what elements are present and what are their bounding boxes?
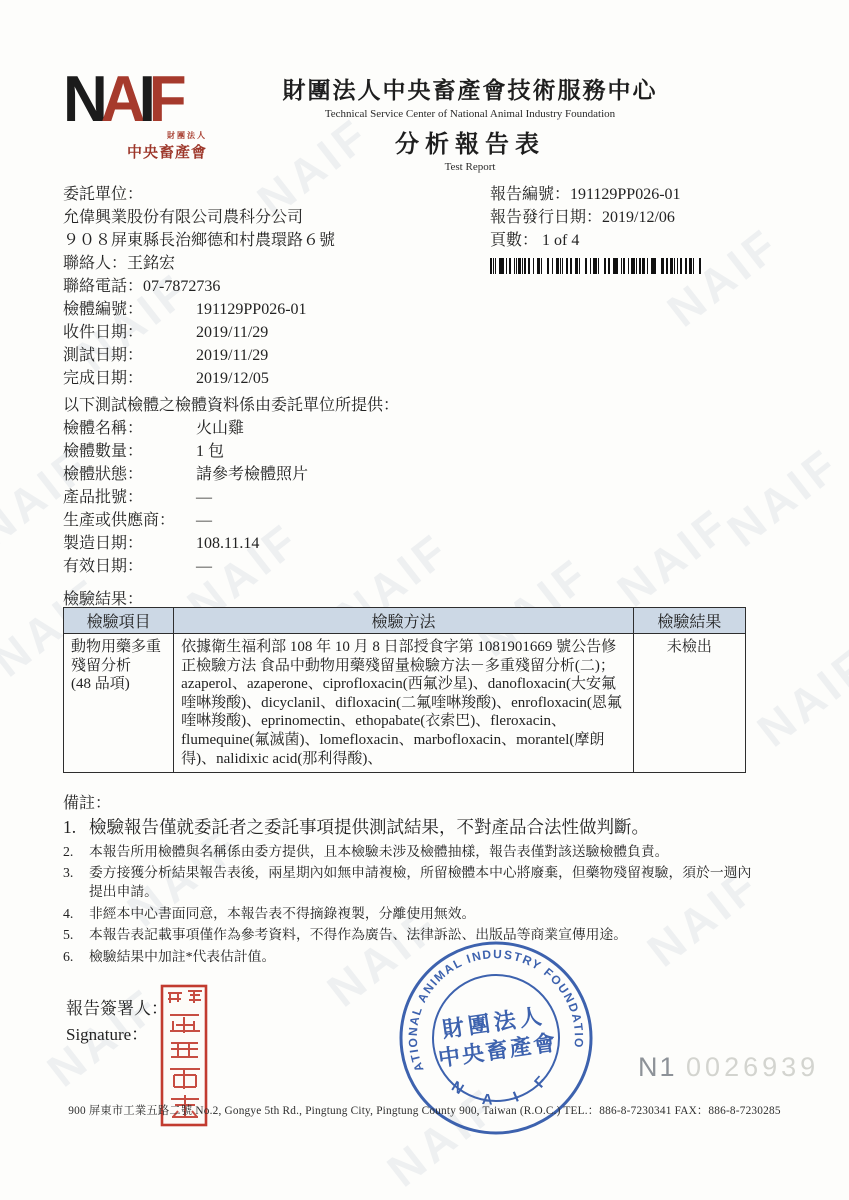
field-label: 測試日期： — [63, 344, 196, 367]
organization-name-zh: 財團法人中央畜產會技術服務中心 — [220, 72, 720, 105]
serial-number: N1 0026939 — [638, 1052, 819, 1083]
field-label: 有效日期： — [63, 555, 196, 578]
signer-label-zh: 報告簽署人： — [66, 996, 168, 1022]
logo-letter: A — [101, 63, 139, 135]
sample-intro: 以下測試檢體之檢體資料係由委託單位所提供： — [63, 394, 543, 417]
report-title-zh: 分析報告表 — [220, 124, 720, 159]
field-label: 製造日期： — [63, 532, 196, 555]
client-phone: 聯絡電話：07-7872736 — [63, 275, 483, 298]
sample-info: 以下測試檢體之檢體資料係由委託單位所提供： 檢體名稱： 火山雞 檢體數量： 1 … — [63, 394, 543, 578]
note-number: 6. — [63, 948, 89, 967]
field-label: 收件日期： — [63, 321, 196, 344]
logo-letter: F — [149, 63, 180, 135]
title-block: 財團法人中央畜產會技術服務中心 Technical Service Center… — [220, 72, 720, 173]
signer-label-en: Signature： — [66, 1022, 168, 1048]
client-unit-label: 委託單位： — [63, 183, 483, 206]
note-number: 1. — [63, 816, 89, 840]
notes-label: 備註： — [63, 790, 763, 813]
field-value: 2019/12/05 — [196, 367, 269, 390]
note-number: 4. — [63, 905, 89, 924]
field-label: 檢體數量： — [63, 440, 196, 463]
test-item-cell: 動物用藥多重殘留分析 (48 品項) — [64, 634, 174, 773]
note-text: 檢驗報告僅就委託者之委託事項提供測試結果，不對產品合法性做判斷。 — [89, 816, 649, 840]
field-complete-date: 完成日期： 2019/12/05 — [63, 367, 483, 390]
note-item: 5. 本報告表記載事項僅作為參考資料，不得作為廣告、法律訴訟、出版品等商業宣傳用… — [63, 926, 763, 945]
field-label: 生產或供應商： — [63, 509, 196, 532]
field-label: 檢體狀態： — [63, 463, 196, 486]
report-issue-date: 報告發行日期：2019/12/06 — [490, 206, 790, 229]
serial-prefix: N1 — [638, 1052, 677, 1082]
field-value: 2019/11/29 — [196, 321, 268, 344]
serial-digits: 0026939 — [686, 1052, 819, 1082]
note-item: 1. 檢驗報告僅就委託者之委託事項提供測試結果，不對產品合法性做判斷。 — [63, 816, 763, 840]
field-value: 火山雞 — [196, 417, 244, 440]
client-company: 允偉興業股份有限公司農科分公司 — [63, 206, 483, 229]
results-data-row: 動物用藥多重殘留分析 (48 品項) 依據衛生福利部 108 年 10 月 8 … — [64, 634, 746, 773]
client-address: ９０８屏東縣長治鄉德和村農環路６號 — [63, 229, 483, 252]
field-test-date: 測試日期： 2019/11/29 — [63, 344, 483, 367]
field-value: 191129PP026-01 — [196, 298, 307, 321]
note-text: 非經本中心書面同意，本報告表不得摘錄複製，分離使用無效。 — [89, 905, 475, 924]
field-value: — — [196, 509, 212, 532]
results-table: 檢驗項目 檢驗方法 檢驗結果 動物用藥多重殘留分析 (48 品項) 依據衛生福利… — [63, 607, 746, 773]
field-value: — — [196, 486, 212, 509]
note-item: 3. 委方接獲分析結果報告表後，兩星期內如無申請複檢，所留檢體本中心將廢棄，但藥… — [63, 864, 763, 901]
report-info: 報告編號：191129PP026-01 報告發行日期：2019/12/06 頁數… — [490, 183, 790, 274]
report-pages: 頁數： 1 of 4 — [490, 229, 790, 252]
field-value: — — [196, 555, 212, 578]
field-label: 完成日期： — [63, 367, 196, 390]
test-report-page: NAIFNAIFNAIFNAIFNAIFNAIFNAIFNAIFNAIFNAIF… — [0, 0, 849, 1200]
col-header-item: 檢驗項目 — [64, 608, 174, 634]
organization-name-en: Technical Service Center of National Ani… — [220, 108, 720, 120]
col-header-method: 檢驗方法 — [174, 608, 634, 634]
sample-name-row: 檢體名稱： 火山雞 — [63, 417, 543, 440]
results-section-label: 檢驗結果： — [63, 586, 143, 609]
col-header-result: 檢驗結果 — [633, 608, 745, 634]
field-sample-no: 檢體編號： 191129PP026-01 — [63, 298, 483, 321]
field-value: 108.11.14 — [196, 532, 259, 555]
note-item: 4. 非經本中心書面同意，本報告表不得摘錄複製，分離使用無效。 — [63, 905, 763, 924]
report-number: 報告編號：191129PP026-01 — [490, 183, 790, 206]
naif-logo: NAIF 財團法人 中央畜產會 — [63, 72, 213, 172]
test-method-cell: 依據衛生福利部 108 年 10 月 8 日部授食字第 1081901669 號… — [174, 634, 634, 773]
barcode — [490, 258, 703, 274]
note-number: 5. — [63, 926, 89, 945]
note-number: 3. — [63, 864, 89, 901]
sample-mfg-date-row: 製造日期： 108.11.14 — [63, 532, 543, 555]
note-text: 本報告所用檢體與名稱係由委方提供，且本檢驗未涉及檢體抽樣，報告表僅對該送驗檢體負… — [89, 843, 668, 862]
field-label: 產品批號： — [63, 486, 196, 509]
naif-logo-word: NAIF — [63, 71, 213, 130]
note-text: 檢驗結果中加註*代表估計值。 — [89, 948, 275, 967]
field-value: 1 包 — [196, 440, 224, 463]
client-contact: 聯絡人：王銘宏 — [63, 252, 483, 275]
field-label: 檢體編號： — [63, 298, 196, 321]
logo-subtitle-large: 中央畜產會 — [63, 141, 207, 162]
sample-expiry-row: 有效日期： — — [63, 555, 543, 578]
test-result-cell: 未檢出 — [633, 634, 745, 773]
field-label: 檢體名稱： — [63, 417, 196, 440]
note-text: 委方接獲分析結果報告表後，兩星期內如無申請複檢，所留檢體本中心將廢棄，但藥物殘留… — [89, 864, 763, 901]
field-value: 請參考檢體照片 — [196, 463, 308, 486]
field-value: 2019/11/29 — [196, 344, 268, 367]
signature-block: 報告簽署人： Signature： — [66, 996, 168, 1048]
footer-address: 900 屏東市工業五路二號 No.2, Gongye 5th Rd., Ping… — [0, 1102, 849, 1118]
report-title-en: Test Report — [220, 161, 720, 173]
field-received-date: 收件日期： 2019/11/29 — [63, 321, 483, 344]
logo-letter: N — [63, 63, 101, 135]
sample-supplier-row: 生產或供應商： — — [63, 509, 543, 532]
sample-batch-row: 產品批號： — — [63, 486, 543, 509]
logo-letter: I — [139, 63, 149, 135]
results-header-row: 檢驗項目 檢驗方法 檢驗結果 — [64, 608, 746, 634]
note-number: 2. — [63, 843, 89, 862]
sample-state-row: 檢體狀態： 請參考檢體照片 — [63, 463, 543, 486]
note-item: 2. 本報告所用檢體與名稱係由委方提供，且本檢驗未涉及檢體抽樣，報告表僅對該送驗… — [63, 843, 763, 862]
sample-qty-row: 檢體數量： 1 包 — [63, 440, 543, 463]
notes-section: 備註： 1. 檢驗報告僅就委託者之委託事項提供測試結果，不對產品合法性做判斷。 … — [63, 790, 763, 969]
client-info: 委託單位： 允偉興業股份有限公司農科分公司 ９０８屏東縣長治鄉德和村農環路６號 … — [63, 183, 483, 390]
